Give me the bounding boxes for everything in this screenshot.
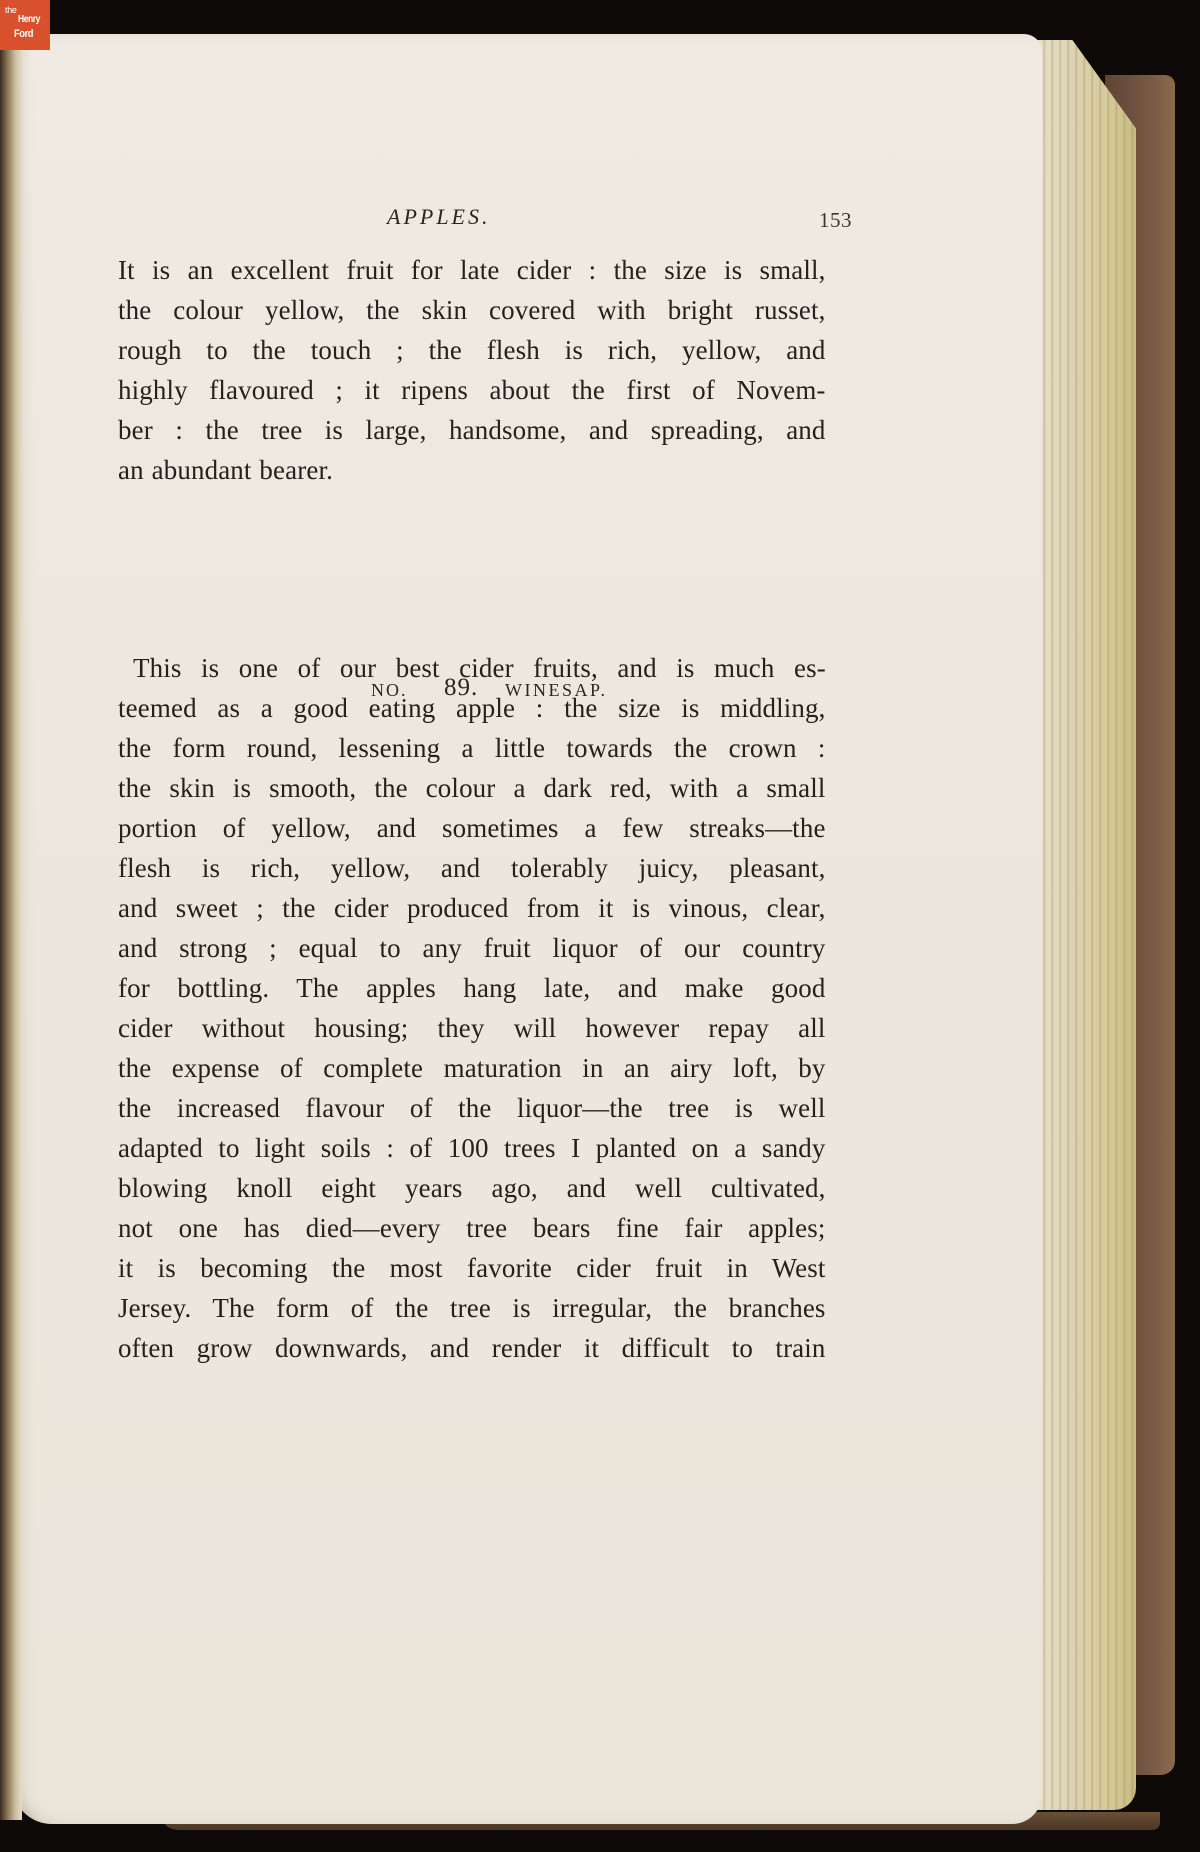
text-line: and sweet ; the cider produced from it i…	[118, 894, 826, 922]
text-line: the skin is smooth, the colour a dark re…	[118, 774, 826, 802]
text-line: for bottling. The apples hang late, and …	[118, 974, 826, 1002]
text-line: This is one of our best cider fruits, an…	[133, 654, 826, 682]
logo-henry: Henry	[18, 14, 40, 25]
text-line: the expense of complete maturation in an…	[118, 1054, 826, 1082]
book-scan: APPLES. 153 It is an excellent fruit for…	[0, 0, 1200, 1852]
text-line: the increased flavour of the liquor—the …	[118, 1094, 826, 1122]
logo-ford: Ford	[14, 28, 33, 40]
text-line: not one has died—every tree bears fine f…	[118, 1214, 826, 1242]
text-line: ber : the tree is large, handsome, and s…	[118, 416, 826, 444]
text-line: teemed as a good eating apple : the size…	[118, 694, 826, 722]
text-line: flesh is rich, yellow, and tolerably jui…	[118, 854, 826, 882]
text-line: portion of yellow, and sometimes a few s…	[118, 814, 826, 842]
text-line: highly flavoured ; it ripens about the f…	[118, 376, 826, 404]
logo-the: the	[5, 5, 17, 15]
binding-gutter	[0, 40, 22, 1820]
text-line: an abundant bearer.	[118, 456, 826, 484]
text-line: It is an excellent fruit for late cider …	[118, 256, 826, 284]
text-line: and strong ; equal to any fruit liquor o…	[118, 934, 826, 962]
text-line: blowing knoll eight years ago, and well …	[118, 1174, 826, 1202]
page-content: APPLES. 153 It is an excellent fruit for…	[12, 34, 1042, 1824]
text-line: often grow downwards, and render it diff…	[118, 1334, 826, 1362]
henry-ford-logo: the Henry Ford	[0, 0, 50, 50]
text-line: adapted to light soils : of 100 trees I …	[118, 1134, 826, 1162]
book-page: APPLES. 153 It is an excellent fruit for…	[12, 34, 1042, 1824]
text-line: the form round, lessening a little towar…	[118, 734, 826, 762]
running-title: APPLES.	[387, 204, 491, 230]
text-line: cider without housing; they will however…	[118, 1014, 826, 1042]
text-line: the colour yellow, the skin covered with…	[118, 296, 826, 324]
page-number: 153	[819, 208, 852, 233]
text-line: Jersey. The form of the tree is irregula…	[118, 1294, 826, 1322]
page-fore-edge	[1030, 40, 1136, 1810]
text-line: it is becoming the most favorite cider f…	[118, 1254, 826, 1282]
text-line: rough to the touch ; the flesh is rich, …	[118, 336, 826, 364]
